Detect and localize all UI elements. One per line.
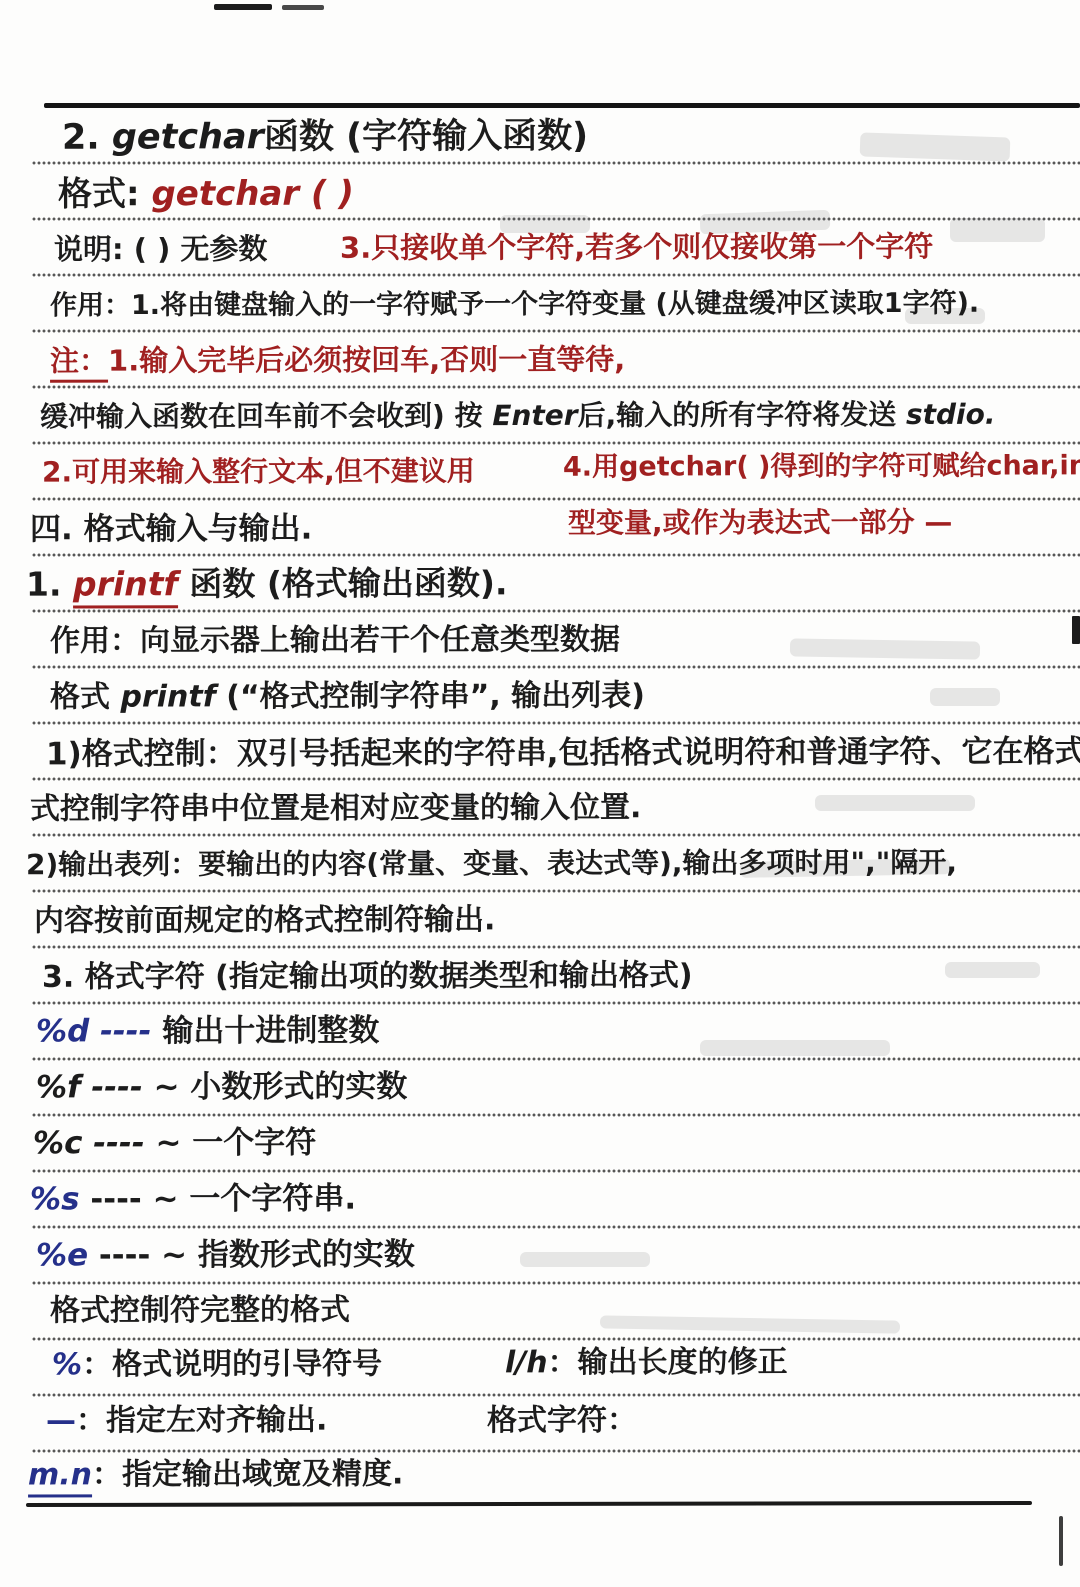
text-segment-black-ink: 作用：向显示器上输出若干个任意类型数据 [50, 622, 620, 658]
text-segment-black-ink: Enter [492, 399, 577, 432]
text-segment-black-ink: 后,输入的所有字符将发送 [578, 398, 906, 432]
line-zuoyong-getchar: 作用：1.将由键盘输入的一字符赋予一个字符变量 (从键盘缓冲区读取1字符). [50, 289, 979, 322]
text-segment-blue-ink: % [52, 1347, 82, 1382]
line-section4-heading: 四. 格式输入与输出. [30, 512, 312, 547]
text-segment-red-ink: printf [73, 564, 178, 608]
text-segment-blue-ink: — [46, 1403, 76, 1438]
line-spec-c: %c ---- ~ 一个字符 [33, 1126, 316, 1161]
text-segment-black-ink: 格式控制符完整的格式 [50, 1293, 350, 1329]
scan-mark-right-edge [1072, 616, 1080, 644]
text-segment-black-ink: 四. 格式输入与输出. [30, 511, 312, 548]
line-zhu-note1: 注：1.输入完毕后必须按回车,否则一直等待, [50, 343, 625, 377]
bleed-through-mark [790, 638, 980, 659]
line-shuoming-black: 说明: ( ) 无参数 [54, 233, 267, 266]
line-format-control-2: 式控制字符串中位置是相对应变量的输入位置. [30, 791, 641, 826]
line-spec-e: %e ---- ~ 指数形式的实数 [36, 1238, 415, 1274]
line-shuoming-red-note3: 3.只接收单个字符,若多个则仅接收第一个字符 [340, 230, 933, 264]
text-segment-blue-ink: %s [30, 1181, 80, 1217]
line-spec-f: %f ---- ~ 小数形式的实数 [36, 1070, 407, 1106]
text-segment-black-ink: %c ---- [33, 1125, 156, 1161]
bleed-through-mark [860, 132, 1011, 161]
page-bottom-border-line [26, 1501, 1032, 1507]
text-segment-black-ink: getchar [112, 117, 264, 157]
line-spec-s: %s ---- ~ 一个字符串. [30, 1182, 356, 1218]
text-segment-black-ink: 说明: ( ) 无参数 [54, 232, 267, 267]
bleed-through-mark [700, 1040, 890, 1056]
page-top-border-line [44, 103, 1080, 108]
line-format-control-1: 1)格式控制：双引号括起来的字符串,包括格式说明符和普通字符、它在格式 [46, 735, 1080, 772]
line-output-list-2: 内容按前面规定的格式控制符输出. [34, 903, 495, 938]
line-spec-d: %d ---- 输出十进制整数 [36, 1014, 379, 1050]
text-segment-black-ink: ---- ~ 一个字符串. [79, 1181, 356, 1218]
line-printf-zuoyong: 作用：向显示器上输出若干个任意类型数据 [50, 623, 620, 658]
text-segment-black-ink: 2. [62, 118, 112, 158]
text-segment-black-ink: ：指定左对齐输出. [76, 1403, 327, 1439]
text-segment-black-ink: ~ 小数形式的实数 [154, 1069, 408, 1106]
line-heading-getchar: 2. getchar函数 (字符输入函数) [62, 117, 588, 158]
bleed-through-mark [600, 1315, 900, 1333]
text-segment-red-ink: 1.输入完毕后必须按回车,否则一直等待, [108, 342, 625, 377]
text-segment-black-ink: ：格式说明的引导符号 [82, 1347, 382, 1383]
line-note4-right: 4.用getchar( )得到的字符可赋给char,int [563, 451, 1080, 483]
text-segment-red-ink: 型变量,或作为表达式一部分 — [568, 505, 952, 539]
line-format-chars-heading: 3. 格式字符 (指定输出项的数据类型和输出格式) [42, 959, 693, 994]
text-segment-black-ink: ：指定输出域宽及精度. [92, 1457, 403, 1493]
text-segment-red-ink: 3.只接收单个字符,若多个则仅接收第一个字符 [340, 229, 933, 265]
text-segment-black-ink: 格式 [50, 680, 121, 715]
text-segment-black-ink: 作用：1.将由键盘输入的一字符赋予一个字符变量 (从键盘缓冲区读取1字符). [50, 288, 979, 321]
text-segment-black-ink: ---- ~ 指数形式的实数 [88, 1237, 415, 1274]
text-segment-blue-ink: %d ---- [36, 1013, 152, 1049]
line-minus-align: —：指定左对齐输出. [46, 1404, 327, 1438]
text-segment-black-ink: 格式: [58, 174, 152, 214]
pen-tick-bottom-right [1059, 1516, 1063, 1566]
line-heading-printf: 1. printf 函数 (格式输出函数). [26, 565, 508, 603]
line-printf-format: 格式 printf (“格式控制字符串”, 输出列表) [50, 679, 645, 714]
text-segment-red-ink: 2.可用来输入整行文本,但不建议用 [42, 454, 475, 488]
line-note4-continued: 型变量,或作为表达式一部分 — [568, 506, 952, 538]
text-segment-black-ink: 函数 (字符输入函数) [264, 116, 588, 157]
line-getchar-format: 格式: getchar ( ) [58, 175, 354, 214]
line-mn-width: m.n：指定输出域宽及精度. [28, 1458, 404, 1493]
line-lh-modifier: l/h：输出长度的修正 [505, 1346, 788, 1380]
text-segment-black-ink: stdio. [906, 398, 996, 431]
text-segment-black-ink: 3. 格式字符 (指定输出项的数据类型和输出格式) [42, 958, 693, 995]
text-segment-black-ink: (“格式控制字符串”, 输出列表) [216, 678, 645, 714]
text-segment-black-ink: ~ 一个字符 [155, 1125, 316, 1161]
text-segment-black-ink: %f ---- [36, 1069, 154, 1105]
text-segment-red-ink: getchar ( ) [151, 174, 354, 215]
text-segment-black-ink: 2)输出表列：要输出的内容(常量、变量、表达式等),输出多项时用","隔开, [26, 846, 957, 881]
line-buffer-explain: 缓冲输入函数在回车前不会收到) 按 Enter后,输入的所有字符将发送 stdi… [40, 399, 996, 433]
text-segment-blue-ink: %e [36, 1237, 88, 1273]
scan-mark-top-dash-2 [282, 5, 324, 10]
text-segment-black-ink: 缓冲输入函数在回车前不会收到) 按 [40, 399, 492, 433]
text-segment-black-ink: 内容按前面规定的格式控制符输出. [34, 902, 495, 938]
scan-mark-top-dash [214, 4, 272, 10]
text-segment-black-ink: 1)格式控制：双引号括起来的字符串,包括格式说明符和普通字符、它在格式 [46, 734, 1080, 773]
text-segment-black-ink: ：输出长度的修正 [548, 1345, 788, 1381]
text-segment-black-ink: 格式字符： [487, 1403, 637, 1438]
text-segment-black-ink: l/h [505, 1345, 548, 1380]
notebook-page: 2. getchar函数 (字符输入函数)格式: getchar ( )说明: … [0, 0, 1080, 1587]
text-segment-black-ink: 函数 (格式输出函数). [178, 563, 508, 603]
bleed-through-mark [930, 688, 1000, 706]
bleed-through-mark [945, 962, 1040, 978]
text-segment-red-ink: 4.用getchar( )得到的字符可赋给char,int [563, 450, 1080, 482]
text-segment-black-ink: 式控制字符串中位置是相对应变量的输入位置. [30, 790, 641, 827]
bleed-through-mark [950, 218, 1045, 242]
bleed-through-mark [520, 1252, 650, 1267]
text-segment-black-ink: 1. [26, 565, 73, 604]
line-full-format-heading: 格式控制符完整的格式 [50, 1294, 350, 1328]
text-segment-blue-ink: m.n [28, 1457, 92, 1497]
text-segment-black-ink: 输出十进制整数 [151, 1013, 379, 1050]
line-format-char-label: 格式字符： [487, 1404, 637, 1438]
line-percent-lead: %：格式说明的引导符号 [52, 1348, 382, 1382]
bleed-through-mark [815, 795, 975, 811]
line-note2-left: 2.可用来输入整行文本,但不建议用 [42, 455, 475, 487]
text-segment-red-ink: 注： [50, 344, 108, 383]
text-segment-black-ink: printf [120, 679, 215, 714]
line-output-list-1: 2)输出表列：要输出的内容(常量、变量、表达式等),输出多项时用","隔开, [26, 847, 957, 881]
